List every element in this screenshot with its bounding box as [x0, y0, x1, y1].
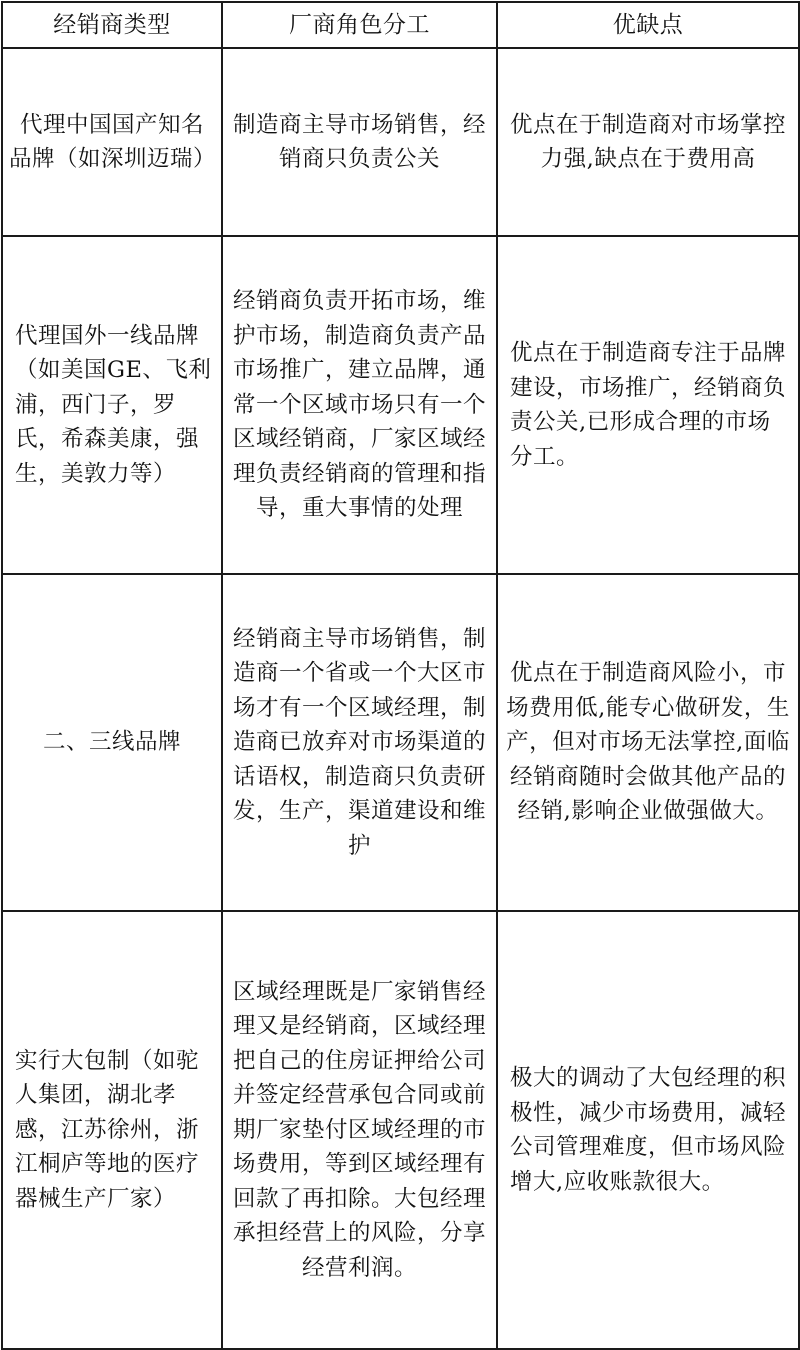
- pros-cons-text: 极大的调动了大包经理的积极性，减少市场费用，减轻公司管理难度，但市场风险增大,应…: [504, 1061, 792, 1199]
- cell-pros-cons: 优点在于制造商专注于品牌建设，市场推广，经销商负责公关,已形成合理的市场分工。: [497, 236, 799, 574]
- table-header-row: 经销商类型 厂商角色分工 优缺点: [2, 2, 799, 48]
- table-row: 二、三线品牌 经销商主导市场销售，制造商一个省或一个大区市场才有一个区域经理，制…: [2, 574, 799, 911]
- header-pros-cons: 优缺点: [497, 2, 799, 48]
- role-division-text: 经销商负责开拓市场，维护市场，制造商负责产品市场推广，建立品牌，通常一个区域市场…: [229, 284, 490, 526]
- cell-distributor-type: 代理中国国产知名品牌（如深圳迈瑞）: [2, 48, 222, 236]
- header-role-division: 厂商角色分工: [222, 2, 497, 48]
- role-division-text: 制造商主导市场销售，经销商只负责公关: [229, 108, 490, 177]
- role-division-text: 区域经理既是厂家销售经理又是经销商，区域经理把自己的住房证押给公司并签定经营承包…: [229, 975, 490, 1286]
- distributor-type-text: 二、三线品牌: [9, 725, 215, 760]
- cell-pros-cons: 优点在于制造商风险小，市场费用低,能专心做研发，生产，但对市场无法掌控,面临经销…: [497, 574, 799, 911]
- pros-cons-text: 优点在于制造商对市场掌控力强,缺点在于费用高: [504, 108, 792, 177]
- pros-cons-text: 优点在于制造商专注于品牌建设，市场推广，经销商负责公关,已形成合理的市场分工。: [504, 336, 792, 474]
- role-division-text: 经销商主导市场销售，制造商一个省或一个大区市场才有一个区域经理，制造商已放弃对市…: [229, 622, 490, 864]
- pros-cons-text: 优点在于制造商风险小，市场费用低,能专心做研发，生产，但对市场无法掌控,面临经销…: [504, 656, 792, 829]
- cell-role-division: 经销商主导市场销售，制造商一个省或一个大区市场才有一个区域经理，制造商已放弃对市…: [222, 574, 497, 911]
- cell-role-division: 区域经理既是厂家销售经理又是经销商，区域经理把自己的住房证押给公司并签定经营承包…: [222, 911, 497, 1349]
- table-row: 代理中国国产知名品牌（如深圳迈瑞） 制造商主导市场销售，经销商只负责公关 优点在…: [2, 48, 799, 236]
- cell-distributor-type: 代理国外一线品牌（如美国GE、飞利浦，西门子，罗氏，希森美康，强生，美敦力等）: [2, 236, 222, 574]
- cell-pros-cons: 优点在于制造商对市场掌控力强,缺点在于费用高: [497, 48, 799, 236]
- table-row: 实行大包制（如驼人集团，湖北孝感，江苏徐州，浙江桐庐等地的医疗器械生产厂家） 区…: [2, 911, 799, 1349]
- cell-role-division: 制造商主导市场销售，经销商只负责公关: [222, 48, 497, 236]
- cell-pros-cons: 极大的调动了大包经理的积极性，减少市场费用，减轻公司管理难度，但市场风险增大,应…: [497, 911, 799, 1349]
- distributor-type-text: 实行大包制（如驼人集团，湖北孝感，江苏徐州，浙江桐庐等地的医疗器械生产厂家）: [9, 1044, 215, 1217]
- distributor-type-text: 代理中国国产知名品牌（如深圳迈瑞）: [9, 108, 215, 177]
- table-row: 代理国外一线品牌（如美国GE、飞利浦，西门子，罗氏，希森美康，强生，美敦力等） …: [2, 236, 799, 574]
- header-distributor-type: 经销商类型: [2, 2, 222, 48]
- distributor-comparison-table: 经销商类型 厂商角色分工 优缺点 代理中国国产知名品牌（如深圳迈瑞） 制造商主导…: [1, 1, 800, 1350]
- cell-distributor-type: 二、三线品牌: [2, 574, 222, 911]
- cell-role-division: 经销商负责开拓市场，维护市场，制造商负责产品市场推广，建立品牌，通常一个区域市场…: [222, 236, 497, 574]
- cell-distributor-type: 实行大包制（如驼人集团，湖北孝感，江苏徐州，浙江桐庐等地的医疗器械生产厂家）: [2, 911, 222, 1349]
- distributor-type-text: 代理国外一线品牌（如美国GE、飞利浦，西门子，罗氏，希森美康，强生，美敦力等）: [9, 319, 215, 492]
